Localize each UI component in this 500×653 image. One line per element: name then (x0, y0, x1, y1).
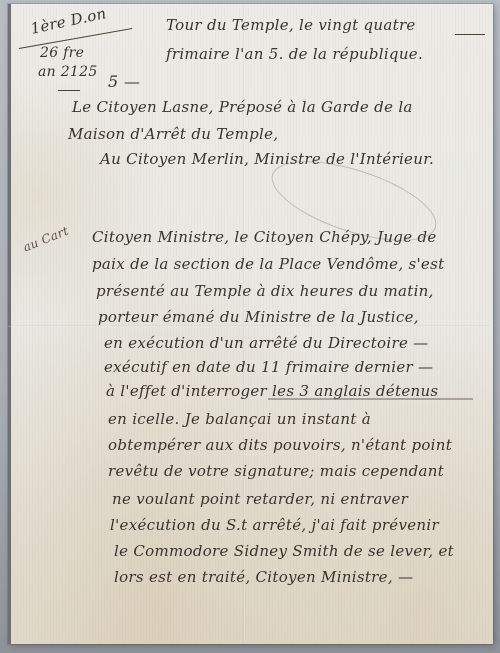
margin-note-underline (58, 90, 80, 91)
body-line-4: porteur émané du Ministre de la Justice, (98, 308, 419, 326)
address-line-1: Le Citoyen Lasne, Préposé à la Garde de … (72, 98, 413, 116)
pencil-underline (268, 398, 473, 400)
body-line-1: Citoyen Ministre, le Citoyen Chépy, Juge… (92, 228, 437, 246)
body-line-9: obtempérer aux dits pouvoirs, n'étant po… (108, 436, 452, 454)
body-line-6: exécutif en date du 11 frimaire dernier … (104, 358, 433, 376)
body-line-2: paix de la section de la Place Vendôme, … (92, 255, 444, 273)
body-line-14: lors est en traité, Citoyen Ministre, — (114, 568, 413, 586)
body-line-5: en exécution d'un arrêté du Directoire — (104, 334, 429, 352)
body-line-12: l'exécution du S.t arrêté, j'ai fait pré… (110, 516, 439, 534)
dateline-line-2: frimaire l'an 5. de la république. (166, 45, 423, 63)
section-mark: 5 — (108, 72, 140, 91)
body-line-13: le Commodore Sidney Smith de se lever, e… (114, 542, 454, 560)
body-line-10: revêtu de votre signature; mais cependan… (108, 462, 444, 480)
dateline-line-1: Tour du Temple, le vingt quatre (166, 16, 416, 34)
body-line-8: en icelle. Je balançai un instant à (108, 410, 371, 428)
address-line-2: Maison d'Arrêt du Temple, (68, 125, 278, 143)
margin-note-date: 26 fre (40, 45, 84, 61)
dateline-dash (455, 34, 485, 35)
address-line-3: Au Citoyen Merlin, Ministre de l'Intérie… (100, 150, 434, 168)
body-line-3: présenté au Temple à dix heures du matin… (96, 282, 434, 300)
body-line-11: ne voulant point retarder, ni entraver (112, 490, 408, 508)
margin-note-ref: an 2125 (38, 64, 98, 80)
